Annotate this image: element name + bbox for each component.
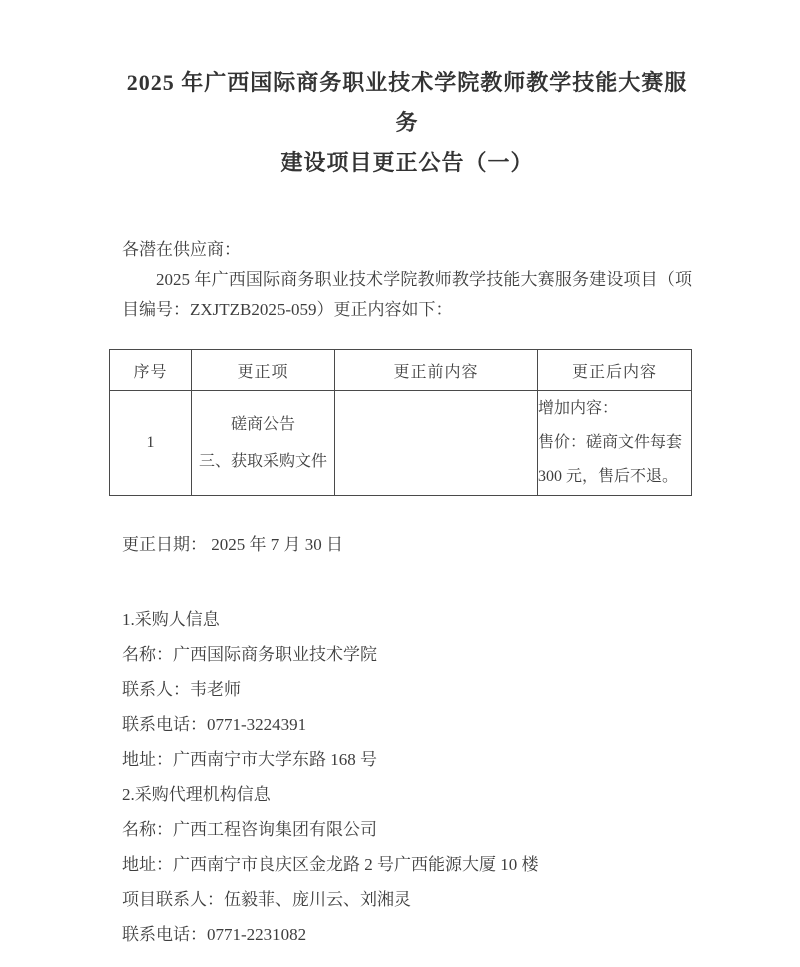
purchaser-contact-person: 联系人：韦老师 <box>122 672 692 707</box>
agency-info-section: 2.采购代理机构信息 名称：广西工程咨询集团有限公司 地址：广西南宁市良庆区金龙… <box>122 777 692 952</box>
column-header-before-content: 更正前内容 <box>335 350 538 391</box>
page-title: 2025 年广西国际商务职业技术学院教师教学技能大赛服务 建设项目更正公告（一） <box>122 63 692 183</box>
agency-heading: 2.采购代理机构信息 <box>122 777 692 812</box>
salutation: 各潜在供应商： <box>122 235 692 265</box>
corrections-table: 序号 更正项 更正前内容 更正后内容 1 磋商公告 三、获取采购文件 增加内容：… <box>109 349 692 496</box>
table-row: 1 磋商公告 三、获取采购文件 增加内容： 售价：磋商文件每套 300 元，售后… <box>110 391 692 496</box>
cell-seq: 1 <box>110 391 192 496</box>
cell-after-content: 增加内容： 售价：磋商文件每套 300 元，售后不退。 <box>538 391 692 496</box>
purchaser-heading: 1.采购人信息 <box>122 602 692 637</box>
page-title-line1: 2025 年广西国际商务职业技术学院教师教学技能大赛服务 <box>122 63 692 143</box>
purchaser-address: 地址：广西南宁市大学东路 168 号 <box>122 742 692 777</box>
page-title-line2: 建设项目更正公告（一） <box>122 143 692 183</box>
column-header-seq: 序号 <box>110 350 192 391</box>
agency-phone: 联系电话：0771-2231082 <box>122 917 692 952</box>
correction-date: 更正日期： 2025 年 7 月 30 日 <box>122 530 692 560</box>
agency-address: 地址：广西南宁市良庆区金龙路 2 号广西能源大厦 10 楼 <box>122 847 692 882</box>
purchaser-name: 名称：广西国际商务职业技术学院 <box>122 637 692 672</box>
column-header-after-content: 更正后内容 <box>538 350 692 391</box>
table-header-row: 序号 更正项 更正前内容 更正后内容 <box>110 350 692 391</box>
agency-name: 名称：广西工程咨询集团有限公司 <box>122 812 692 847</box>
purchaser-info-section: 1.采购人信息 名称：广西国际商务职业技术学院 联系人：韦老师 联系电话：077… <box>122 602 692 777</box>
column-header-correction-item: 更正项 <box>192 350 335 391</box>
document-page: 2025 年广西国际商务职业技术学院教师教学技能大赛服务 建设项目更正公告（一）… <box>0 0 800 967</box>
cell-before-content <box>335 391 538 496</box>
purchaser-phone: 联系电话：0771-3224391 <box>122 707 692 742</box>
intro-paragraph: 2025 年广西国际商务职业技术学院教师教学技能大赛服务建设项目（项目编号：ZX… <box>122 265 692 325</box>
cell-correction-item: 磋商公告 三、获取采购文件 <box>192 391 335 496</box>
agency-project-contacts: 项目联系人：伍毅菲、庞川云、刘湘灵 <box>122 882 692 917</box>
